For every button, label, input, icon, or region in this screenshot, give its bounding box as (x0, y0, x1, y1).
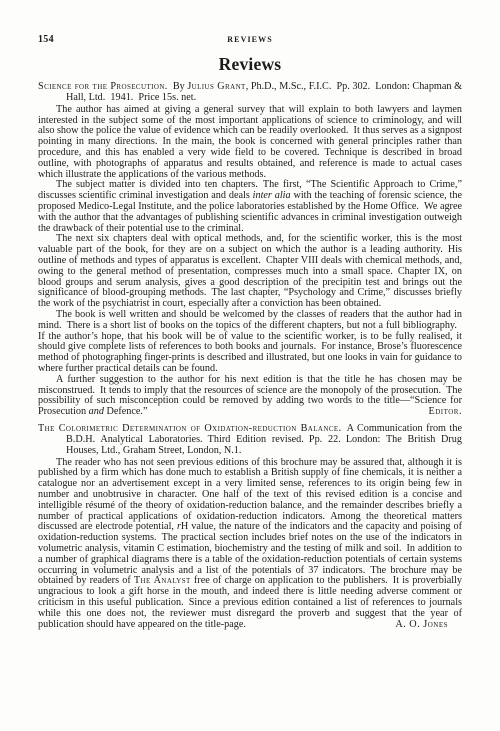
review-paragraph: The book is well written and should be w… (38, 310, 462, 375)
page-header: 154 REVIEWS (38, 34, 462, 46)
review-paragraph: The author has aimed at giving a general… (38, 105, 462, 181)
text-run: The next six chapters deal with optical … (38, 233, 462, 309)
review-paragraph: A further suggestion to the author for h… (38, 375, 462, 418)
smallcaps-text-run: The Colorimetric Determination of Oxidat… (38, 423, 342, 434)
italic-text-run: inter alia (253, 190, 291, 201)
text-run: By (168, 81, 188, 92)
review-paragraph: The subject matter is divided into ten c… (38, 180, 462, 234)
smallcaps-text-run: The Analyst (134, 575, 191, 586)
review-article: Science for the Prosecution. By Julius G… (38, 82, 462, 418)
review-heading: Science for the Prosecution. By Julius G… (38, 82, 462, 104)
running-head: REVIEWS (38, 35, 462, 44)
text-run: Defence.” (104, 406, 148, 417)
review-article: The Colorimetric Determination of Oxidat… (38, 424, 462, 630)
reviewer-signature: Editor. (428, 407, 462, 418)
smallcaps-text-run: Science for the Prosecution. (38, 81, 168, 92)
journal-page: 154 REVIEWS Reviews Science for the Pros… (0, 0, 500, 731)
review-paragraph: The next six chapters deal with optical … (38, 234, 462, 310)
review-paragraph: The reader who has not seen previous edi… (38, 458, 462, 631)
page-title: Reviews (38, 55, 462, 74)
review-heading: The Colorimetric Determination of Oxidat… (38, 424, 462, 457)
smallcaps-text-run: Julius Grant (187, 81, 245, 92)
reviews-list: Science for the Prosecution. By Julius G… (38, 82, 462, 630)
text-run: The book is well written and should be w… (38, 309, 462, 374)
text-run: The author has aimed at giving a general… (38, 104, 462, 180)
reviewer-signature: A. O. Jones (395, 620, 448, 631)
italic-text-run: and (89, 406, 104, 417)
